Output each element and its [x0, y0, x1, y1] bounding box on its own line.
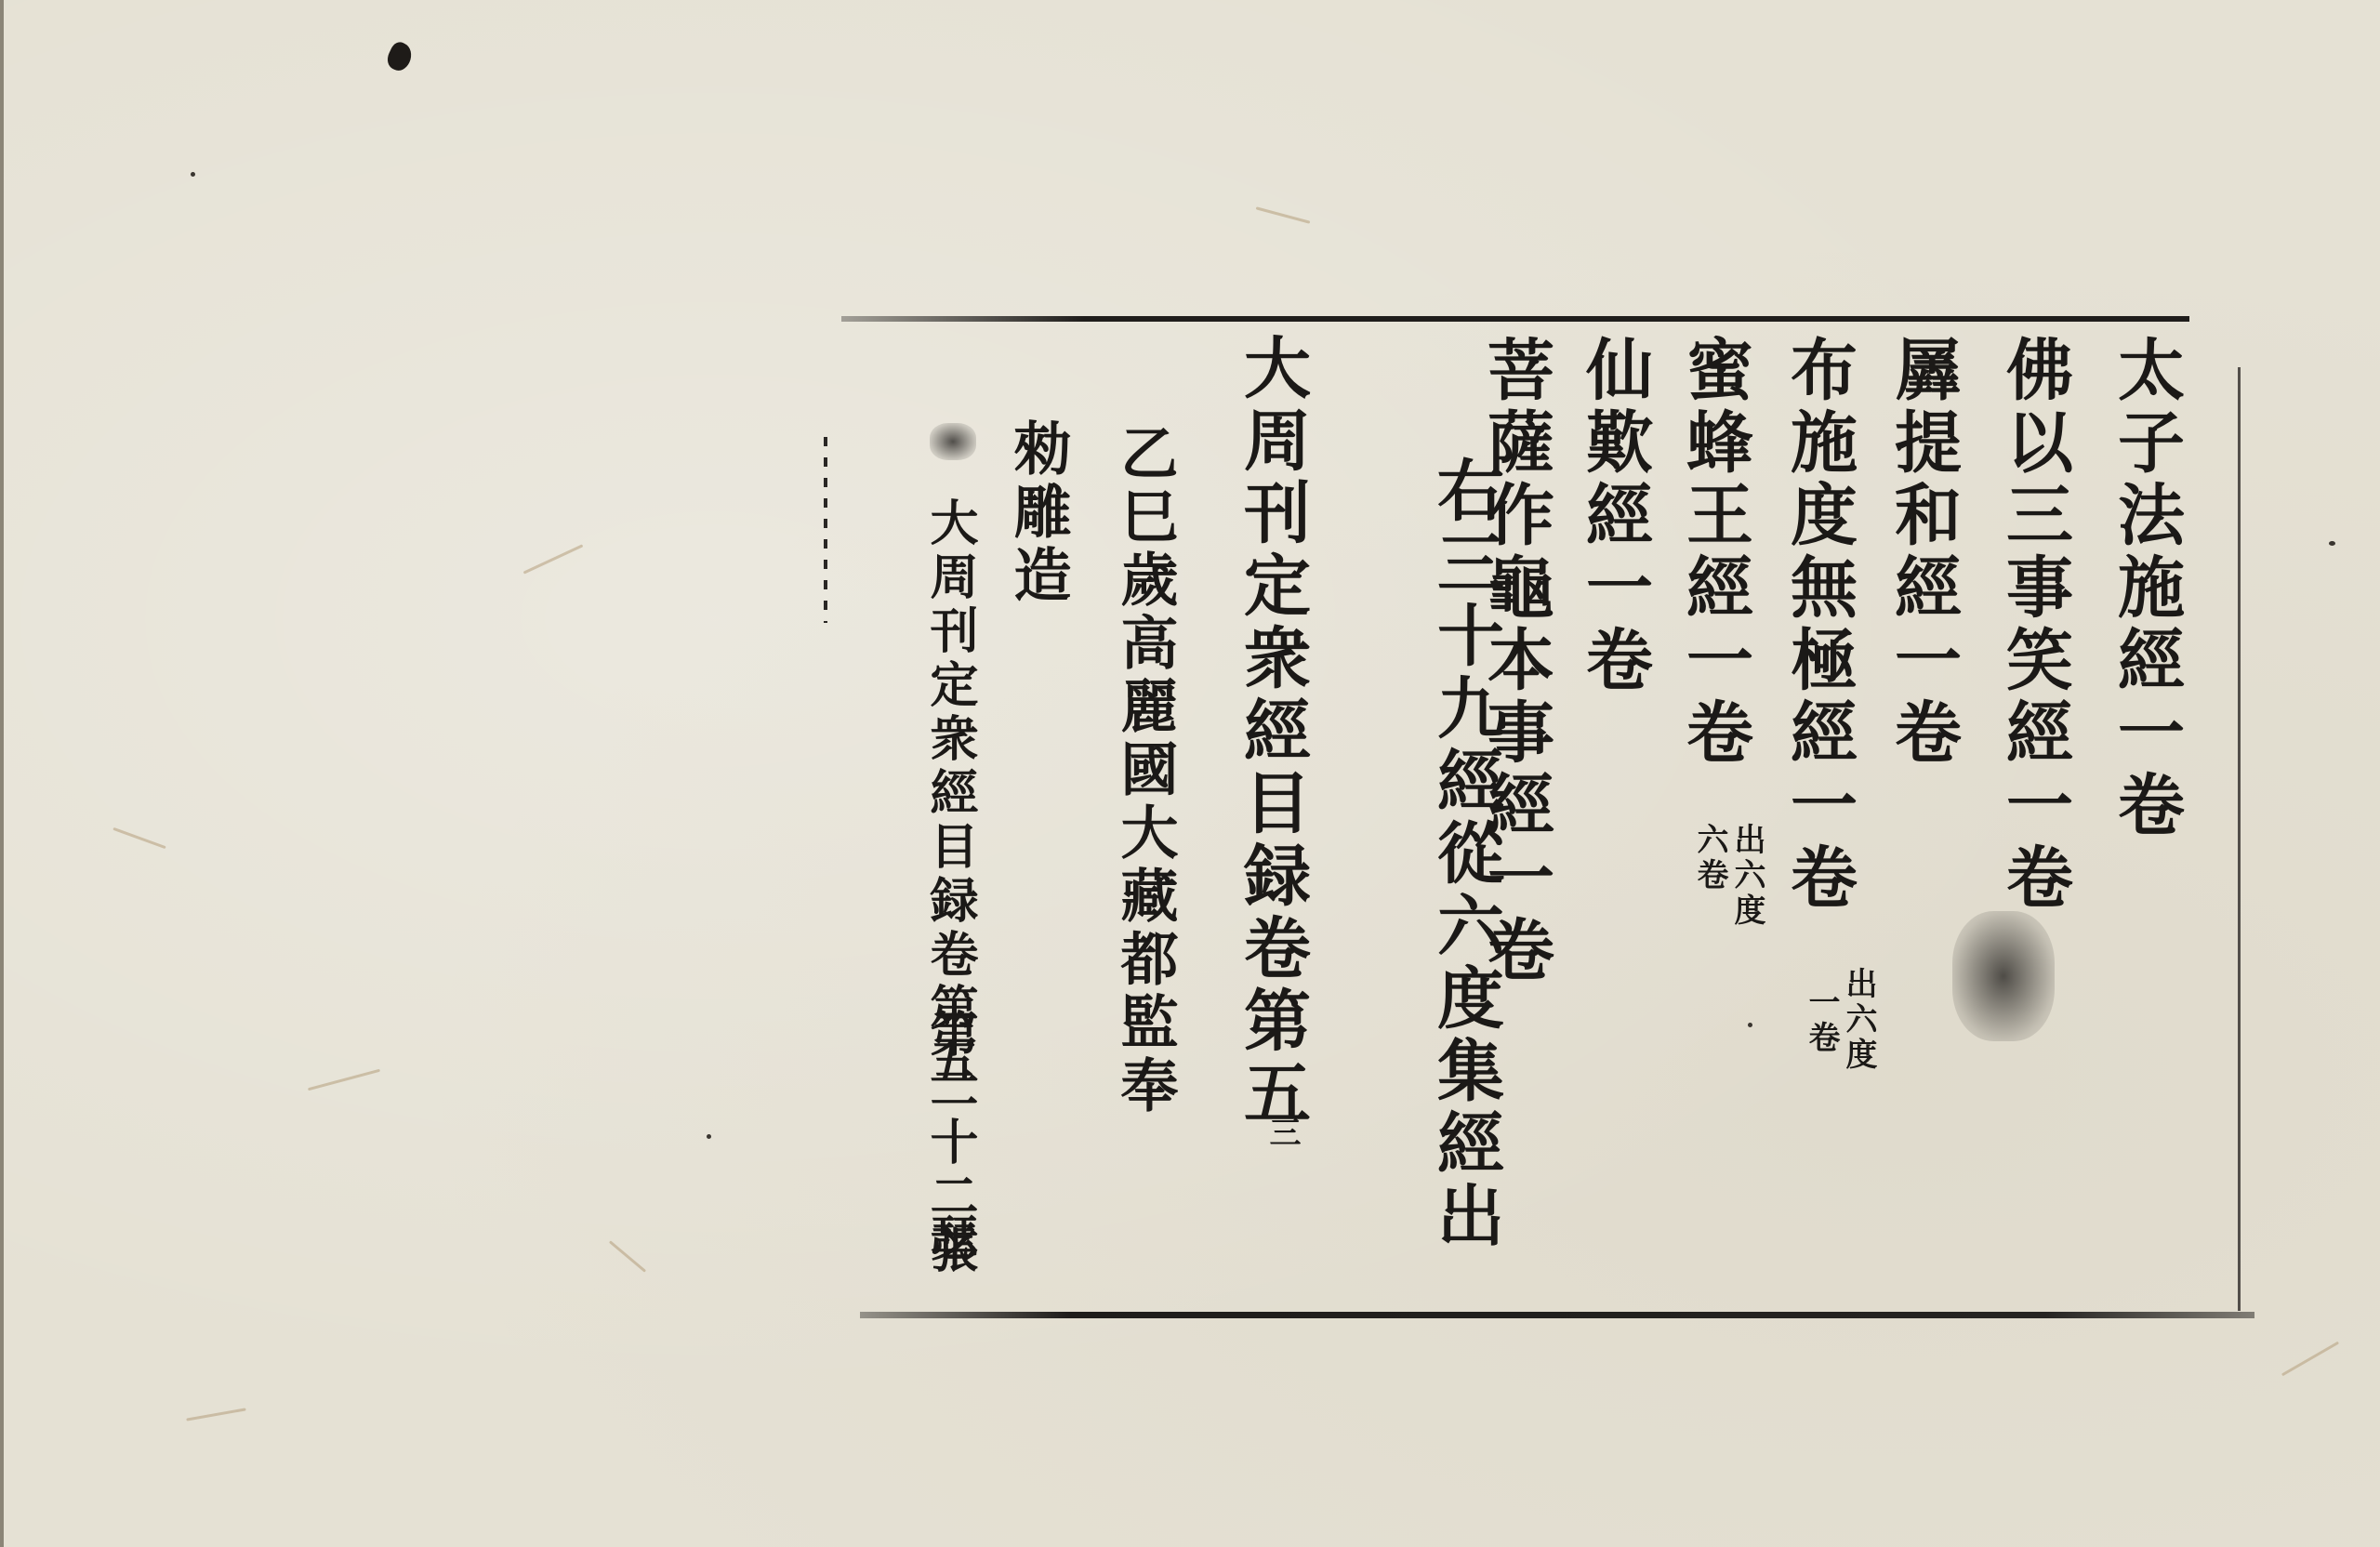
paper-speck	[2329, 541, 2335, 546]
sutra-entry-3: 羼提和經一卷	[1889, 335, 1956, 770]
note-line-a2: 一卷	[1805, 985, 1837, 1056]
frame-left-border	[824, 437, 827, 623]
note-line-b2: 六卷	[1694, 823, 1725, 893]
sutra-entry-5: 蜜蜂王經一卷	[1681, 335, 1748, 770]
title-mark: 三	[1266, 1116, 1298, 1151]
page-edge	[0, 0, 4, 1547]
frame-bottom-border	[860, 1312, 2254, 1318]
colophon-line-2: 勑雕造	[1009, 418, 1066, 608]
sutra-entry-2: 佛以三事笑經一卷	[2001, 335, 2068, 915]
frame-top-border	[841, 316, 2189, 322]
summary-line: 右三十九經從六度集經出	[1432, 456, 1499, 1253]
fish-tail-mark	[930, 423, 976, 460]
frame-right-border	[2238, 367, 2241, 1311]
sutra-entry-4: 布施度無極經一卷	[1785, 335, 1852, 915]
paper-speck	[191, 172, 195, 177]
margin-title: 大周刊定衆經目録卷第五	[925, 497, 973, 1091]
margin-serial-character: 瑟	[925, 1213, 973, 1267]
ink-smudge	[1952, 911, 2055, 1041]
note-line-a1: 出六度	[1843, 967, 1874, 1073]
paper-speck	[1748, 1023, 1752, 1027]
sutra-entry-1: 太子法施經一卷	[2112, 335, 2179, 842]
note-line-b1: 出六度	[1731, 823, 1763, 929]
colophon-line-1: 乙巳歲高麗國大藏都監奉	[1116, 423, 1173, 1118]
sutra-entry-6: 仙歎經一卷	[1580, 335, 1647, 697]
catalogue-title: 大周刊定衆經目録卷第五	[1238, 333, 1305, 1130]
paper-speck	[707, 1134, 711, 1139]
